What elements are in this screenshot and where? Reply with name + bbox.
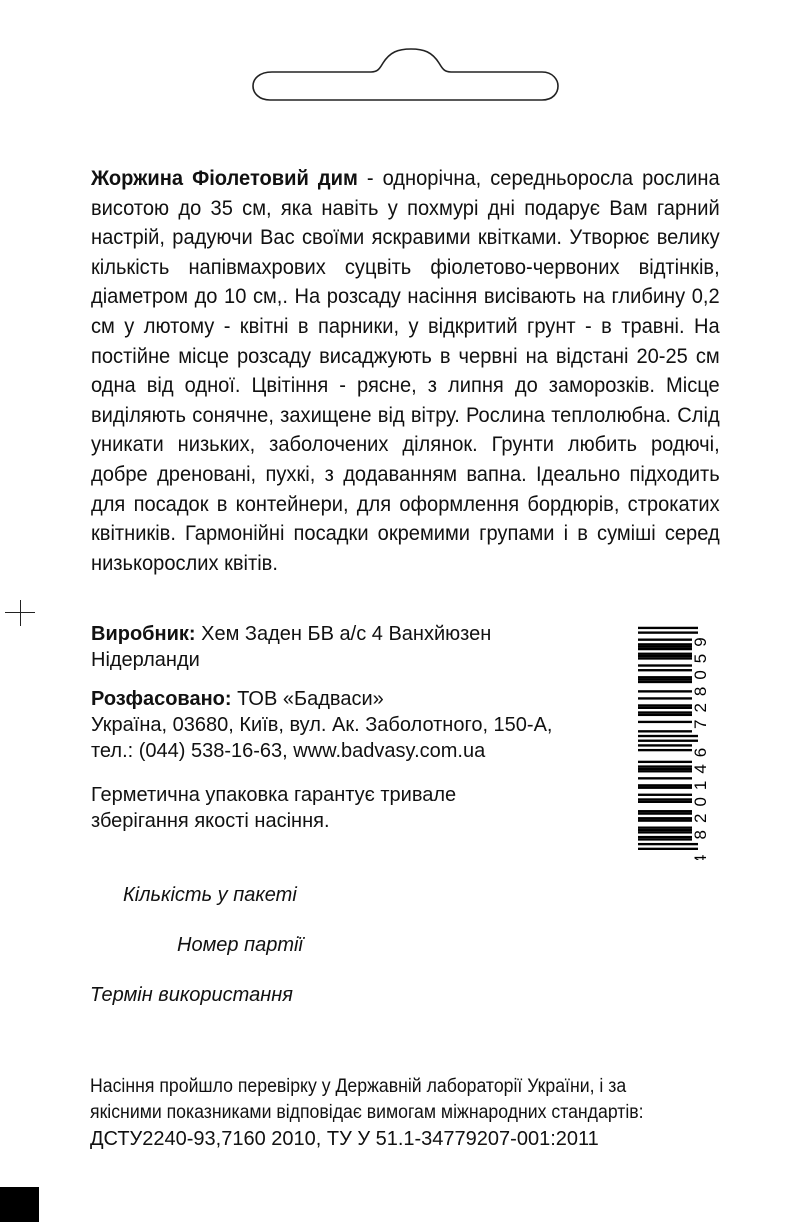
hanger-hole-outline bbox=[250, 48, 560, 108]
manufacturer-country: Нідерланди bbox=[91, 649, 200, 671]
svg-text:6: 6 bbox=[691, 748, 710, 757]
seal-note: Герметична упаковка гарантує тривале збе… bbox=[91, 782, 456, 834]
packer-info: Розфасовано: ТОВ «Бадваси» Україна, 0368… bbox=[91, 686, 552, 764]
print-corner-mark bbox=[0, 1187, 39, 1222]
svg-text:4: 4 bbox=[691, 855, 710, 860]
product-description: Жоржина Фіолетовий дим - однорічна, сере… bbox=[91, 163, 720, 577]
seal-note-line1: Герметична упаковка гарантує тривале bbox=[91, 784, 456, 806]
manufacturer-info: Виробник: Хем Заден БВ а/с 4 Ванхйюзен Н… bbox=[91, 621, 491, 673]
barcode: 4820146728059 bbox=[634, 620, 720, 860]
svg-text:7: 7 bbox=[691, 720, 710, 729]
svg-text:5: 5 bbox=[691, 654, 710, 663]
certification-note: Насіння пройшло перевірку у Державній ла… bbox=[90, 1074, 730, 1152]
svg-text:2: 2 bbox=[691, 814, 710, 823]
quantity-field-label: Кількість у пакеті bbox=[123, 882, 297, 908]
description-text: - однорічна, середньоросла рослина висот… bbox=[91, 165, 720, 575]
batch-field-label: Номер партії bbox=[177, 932, 303, 958]
packer-address: Україна, 03680, Київ, вул. Ак. Заболотно… bbox=[91, 714, 552, 736]
svg-text:9: 9 bbox=[691, 637, 710, 646]
svg-text:0: 0 bbox=[691, 797, 710, 806]
svg-text:8: 8 bbox=[691, 687, 710, 696]
certification-line2: якісними показниками відповідає вимогам … bbox=[90, 1100, 685, 1126]
registration-mark-icon bbox=[5, 600, 35, 626]
svg-text:8: 8 bbox=[691, 830, 710, 839]
packer-contact: тел.: (044) 538-16-63, www.badvasy.com.u… bbox=[91, 740, 485, 762]
product-title: Жоржина Фіолетовий дим bbox=[91, 165, 358, 190]
svg-text:2: 2 bbox=[691, 703, 710, 712]
manufacturer-value: Хем Заден БВ а/с 4 Ванхйюзен bbox=[196, 623, 492, 645]
svg-text:1: 1 bbox=[691, 781, 710, 790]
svg-text:4: 4 bbox=[691, 764, 710, 773]
svg-text:0: 0 bbox=[691, 670, 710, 679]
expiry-field-label: Термін використання bbox=[90, 982, 293, 1008]
manufacturer-label: Виробник: bbox=[91, 623, 196, 645]
seal-note-line2: зберігання якості насіння. bbox=[91, 810, 330, 832]
certification-line1: Насіння пройшло перевірку у Державній ла… bbox=[90, 1074, 685, 1100]
certification-standards: ДСТУ2240-93,7160 2010, ТУ У 51.1-3477920… bbox=[90, 1126, 730, 1152]
packer-label: Розфасовано: bbox=[91, 688, 232, 710]
packer-value: ТОВ «Бадваси» bbox=[232, 688, 384, 710]
